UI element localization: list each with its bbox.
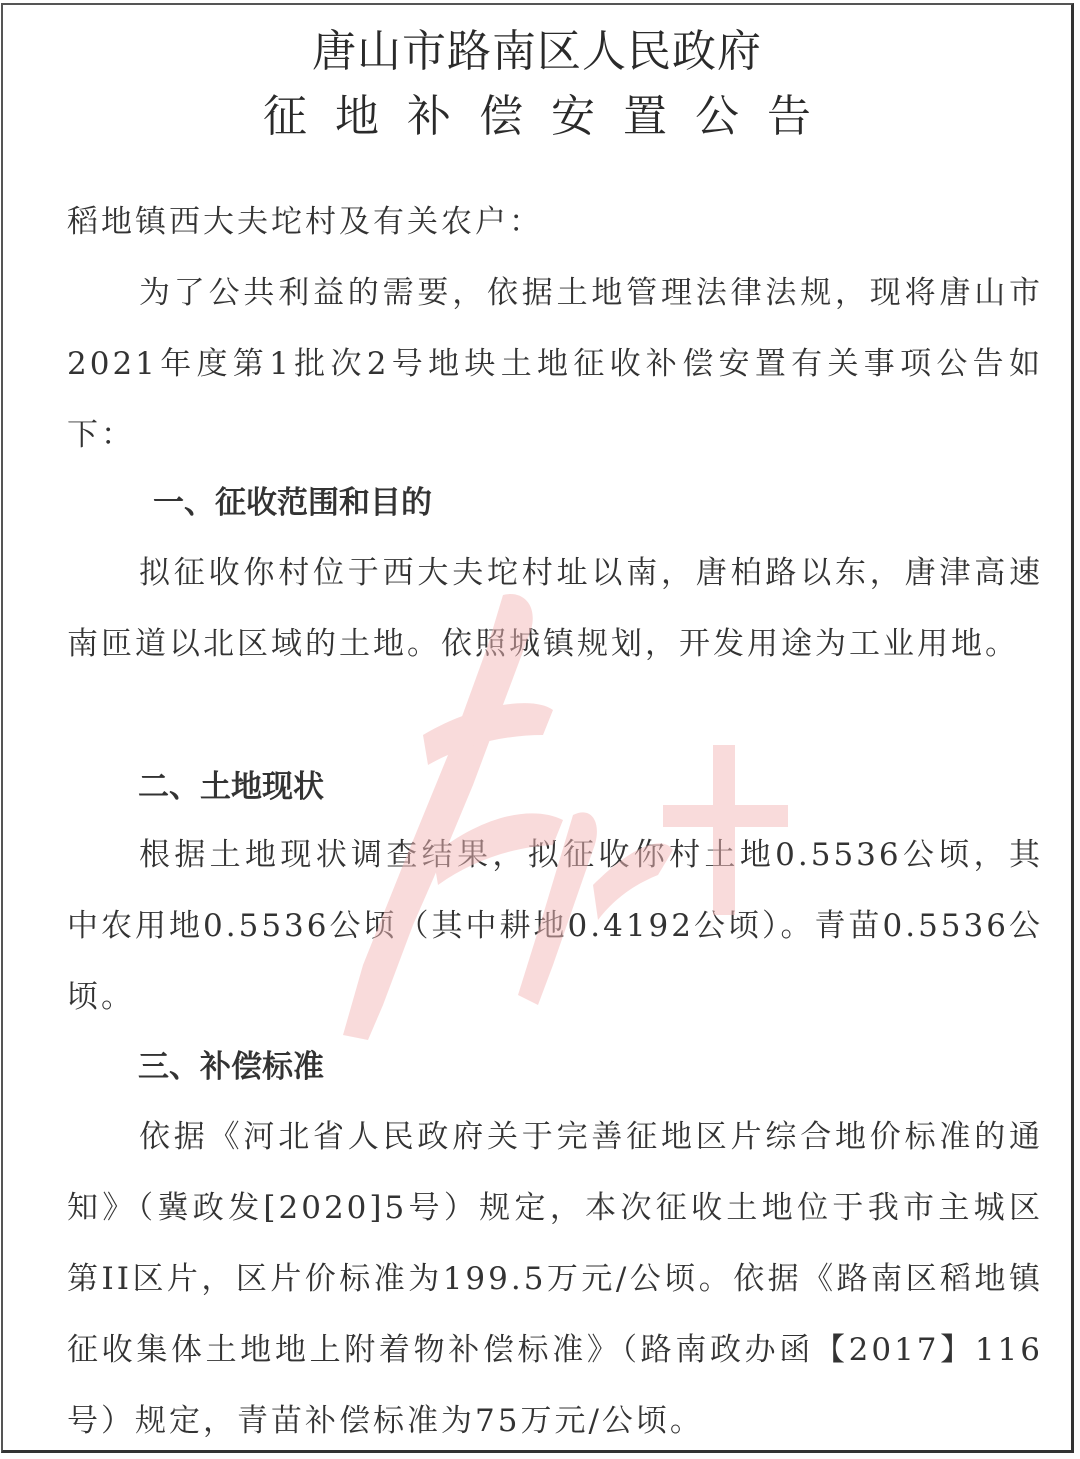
section-text-land-status: 根据土地现状调查结果，拟征收你村土地0.5536公顷，其中农用地0.5536公顷… — [67, 820, 1043, 1033]
intro-paragraph: 为了公共利益的需要，依据土地管理法律法规，现将唐山市2021年度第1批次2号地块… — [67, 258, 1043, 471]
section-text-scope: 拟征收你村位于西大夫坨村址以南，唐柏路以东，唐津高速南匝道以北区域的土地。依照城… — [67, 538, 1043, 680]
document-title-issuer: 唐山市路南区人民政府 — [3, 15, 1071, 79]
document-title-subject: 征地补偿安置公告 — [3, 80, 1071, 144]
salutation: 稻地镇西大夫坨村及有关农户： — [67, 187, 1043, 258]
section-heading-scope: 一、征收范围和目的 — [153, 483, 432, 523]
section-text-compensation: 依据《河北省人民政府关于完善征地区片综合地价标准的通知》（冀政发[2020]5号… — [67, 1102, 1043, 1457]
section-heading-land-status: 二、土地现状 — [138, 767, 324, 807]
section-heading-compensation: 三、补偿标准 — [138, 1047, 324, 1087]
document-page: 唐山市路南区人民政府 征地补偿安置公告 稻地镇西大夫坨村及有关农户： 为了公共利… — [1, 3, 1074, 1453]
